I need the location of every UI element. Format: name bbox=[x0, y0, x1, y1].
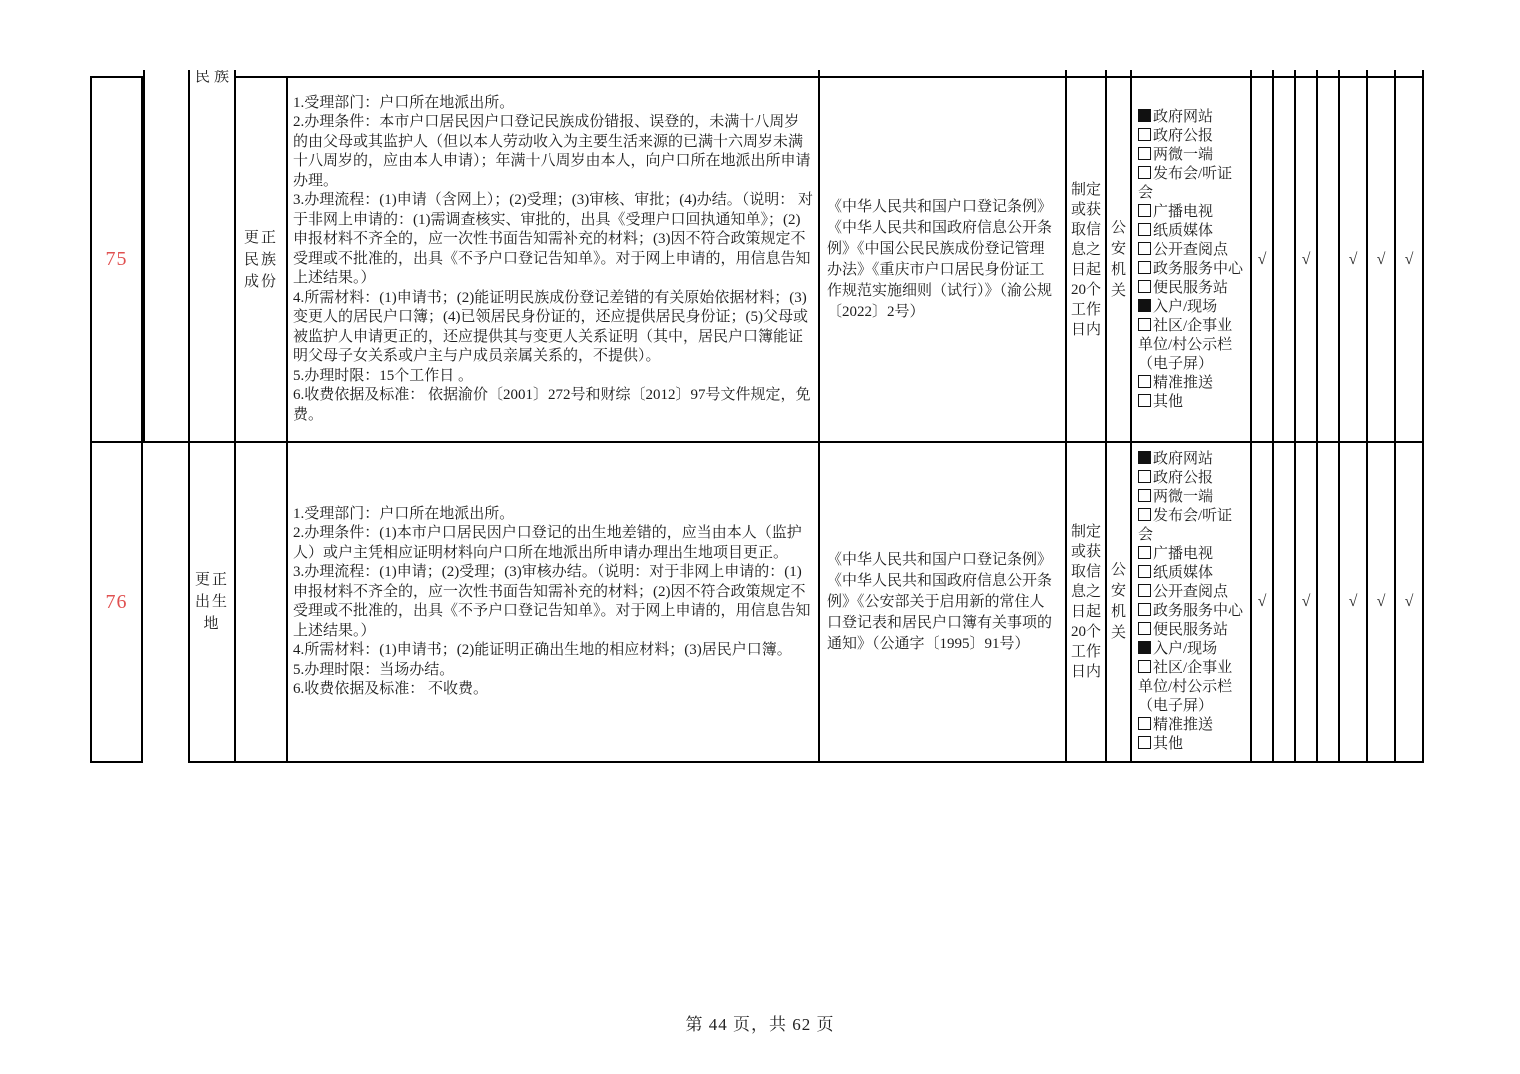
partial-cell-mark bbox=[1318, 70, 1340, 78]
channel-item: 社区/企事业单位/村公示栏（电子屏） bbox=[1138, 659, 1244, 716]
checkbox-unchecked-icon bbox=[1138, 147, 1151, 160]
channel-label: 发布会/听证会 bbox=[1138, 166, 1232, 201]
partial-cell-mark bbox=[1368, 70, 1396, 78]
channel-item: 两微一端 bbox=[1138, 488, 1244, 507]
channel-item: 入户/现场 bbox=[1138, 640, 1244, 659]
checkbox-unchecked-icon bbox=[1138, 736, 1151, 749]
check-mark: √ bbox=[1258, 593, 1267, 611]
partial-cell-channels bbox=[1132, 70, 1252, 78]
disclosure-items-table: 民族 75 更正民族成份 1.受理部门：户口所在地派出所。 2.办理条件：本市户… bbox=[90, 70, 1424, 763]
row-76-legal-basis-cell: 《中华人民共和国户口登记条例》《中华人民共和国政府信息公开条例》《公安部关于启用… bbox=[820, 443, 1067, 763]
partial-cell-description bbox=[288, 70, 820, 78]
channel-item: 精准推送 bbox=[1138, 374, 1244, 393]
row-75-mark-cell bbox=[1274, 78, 1296, 443]
partial-cell-agency bbox=[1107, 70, 1132, 78]
row-number: 76 bbox=[106, 591, 128, 614]
partial-cell-mark bbox=[1340, 70, 1368, 78]
row-75-agency-cell: 公安机关 bbox=[1107, 78, 1132, 443]
time-limit-text: 制定或获取信息之日起20个工作日内 bbox=[1067, 522, 1105, 682]
channel-item: 政务服务中心 bbox=[1138, 602, 1244, 621]
checkbox-checked-icon bbox=[1138, 299, 1151, 312]
check-mark: √ bbox=[1302, 251, 1311, 269]
row-76-item-cell: 更正出生地 bbox=[190, 443, 236, 763]
channel-label: 入户/现场 bbox=[1153, 641, 1217, 657]
partial-cell-mark bbox=[1274, 70, 1296, 78]
channel-label: 两微一端 bbox=[1153, 489, 1213, 505]
row-75-mark-cell: √ bbox=[1296, 78, 1318, 443]
channel-item: 其他 bbox=[1138, 393, 1244, 412]
checkbox-checked-icon bbox=[1138, 109, 1151, 122]
channel-item: 公开查阅点 bbox=[1138, 583, 1244, 602]
checkbox-unchecked-icon bbox=[1138, 166, 1151, 179]
row-76-number-cell: 76 bbox=[90, 443, 143, 763]
channel-list: 政府网站政府公报两微一端发布会/听证会广播电视纸质媒体公开查阅点政务服务中心便民… bbox=[1132, 108, 1250, 412]
row-76-mark-cell bbox=[1318, 443, 1340, 763]
agency-text: 公安机关 bbox=[1107, 218, 1130, 302]
channel-label: 公开查阅点 bbox=[1153, 242, 1228, 258]
time-limit-text: 制定或获取信息之日起20个工作日内 bbox=[1067, 180, 1105, 340]
check-mark: √ bbox=[1405, 593, 1414, 611]
partial-cell-mark bbox=[1396, 70, 1424, 78]
check-mark: √ bbox=[1258, 251, 1267, 269]
channel-item: 其他 bbox=[1138, 735, 1244, 754]
channel-label: 两微一端 bbox=[1153, 147, 1213, 163]
channel-item: 纸质媒体 bbox=[1138, 222, 1244, 241]
channel-item: 广播电视 bbox=[1138, 545, 1244, 564]
channel-label: 纸质媒体 bbox=[1153, 223, 1213, 239]
legal-basis-text: 《中华人民共和国户口登记条例》《中华人民共和国政府信息公开条例》《公安部关于启用… bbox=[820, 550, 1065, 655]
row-76-channels-cell: 政府网站政府公报两微一端发布会/听证会广播电视纸质媒体公开查阅点政务服务中心便民… bbox=[1132, 443, 1252, 763]
clipped-category-fragment: 民族 bbox=[190, 70, 234, 86]
check-mark: √ bbox=[1377, 251, 1386, 269]
checkbox-unchecked-icon bbox=[1138, 470, 1151, 483]
checkbox-unchecked-icon bbox=[1138, 622, 1151, 635]
checkbox-unchecked-icon bbox=[1138, 565, 1151, 578]
channel-item: 便民服务站 bbox=[1138, 621, 1244, 640]
channel-label: 社区/企事业单位/村公示栏（电子屏） bbox=[1138, 660, 1232, 714]
page-footer: 第 44 页，共 62 页 bbox=[0, 1010, 1520, 1035]
partial-cell-item bbox=[236, 70, 288, 78]
row-76-mark-cell: √ bbox=[1252, 443, 1274, 763]
checkbox-unchecked-icon bbox=[1138, 489, 1151, 502]
channel-label: 广播电视 bbox=[1153, 204, 1213, 220]
channel-item: 便民服务站 bbox=[1138, 279, 1244, 298]
channel-item: 政府网站 bbox=[1138, 450, 1244, 469]
checkbox-unchecked-icon bbox=[1138, 717, 1151, 730]
channel-label: 政府网站 bbox=[1153, 109, 1213, 125]
row-76-time-limit-cell: 制定或获取信息之日起20个工作日内 bbox=[1067, 443, 1107, 763]
row-76-agency-cell: 公安机关 bbox=[1107, 443, 1132, 763]
checkbox-unchecked-icon bbox=[1138, 128, 1151, 141]
checkbox-unchecked-icon bbox=[1138, 223, 1151, 236]
channel-item: 公开查阅点 bbox=[1138, 241, 1244, 260]
procedure-description: 1.受理部门：户口所在地派出所。 2.办理条件：本市户口居民因户口登记民族成份错… bbox=[288, 92, 818, 428]
partial-cell-mark bbox=[1296, 70, 1318, 78]
channel-label: 发布会/听证会 bbox=[1138, 508, 1232, 543]
channel-item: 政府公报 bbox=[1138, 469, 1244, 488]
checkbox-unchecked-icon bbox=[1138, 508, 1151, 521]
channel-item: 入户/现场 bbox=[1138, 298, 1244, 317]
checkbox-unchecked-icon bbox=[1138, 204, 1151, 217]
partial-cell-no bbox=[90, 70, 143, 78]
check-mark: √ bbox=[1302, 593, 1311, 611]
channel-label: 便民服务站 bbox=[1153, 622, 1228, 638]
checkbox-unchecked-icon bbox=[1138, 242, 1151, 255]
row-75-mark-cell: √ bbox=[1340, 78, 1368, 443]
channel-label: 纸质媒体 bbox=[1153, 565, 1213, 581]
channel-item: 两微一端 bbox=[1138, 146, 1244, 165]
item-name: 更正出生地 bbox=[190, 569, 234, 635]
check-mark: √ bbox=[1405, 251, 1414, 269]
checkbox-unchecked-icon bbox=[1138, 375, 1151, 388]
row-76-mark-cell: √ bbox=[1296, 443, 1318, 763]
channel-label: 其他 bbox=[1153, 736, 1183, 752]
channel-label: 精准推送 bbox=[1153, 375, 1213, 391]
checkbox-unchecked-icon bbox=[1138, 280, 1151, 293]
channel-item: 政府网站 bbox=[1138, 108, 1244, 127]
row-76-mark-cell: √ bbox=[1340, 443, 1368, 763]
checkbox-unchecked-icon bbox=[1138, 394, 1151, 407]
row-76-mark-cell: √ bbox=[1396, 443, 1424, 763]
channel-item: 精准推送 bbox=[1138, 716, 1244, 735]
channel-list: 政府网站政府公报两微一端发布会/听证会广播电视纸质媒体公开查阅点政务服务中心便民… bbox=[1132, 450, 1250, 754]
channel-label: 社区/企事业单位/村公示栏（电子屏） bbox=[1138, 318, 1232, 372]
checkbox-unchecked-icon bbox=[1138, 261, 1151, 274]
check-mark: √ bbox=[1349, 251, 1358, 269]
row-number: 75 bbox=[106, 248, 128, 271]
channel-label: 入户/现场 bbox=[1153, 299, 1217, 315]
checkbox-unchecked-icon bbox=[1138, 584, 1151, 597]
checkbox-unchecked-icon bbox=[1138, 603, 1151, 616]
partial-cell-time bbox=[1067, 70, 1107, 78]
checkbox-unchecked-icon bbox=[1138, 546, 1151, 559]
channel-item: 政府公报 bbox=[1138, 127, 1244, 146]
channel-label: 政府公报 bbox=[1153, 470, 1213, 486]
row-75-mark-cell: √ bbox=[1252, 78, 1274, 443]
channel-label: 政务服务中心 bbox=[1153, 603, 1243, 619]
channel-item: 社区/企事业单位/村公示栏（电子屏） bbox=[1138, 317, 1244, 374]
row-76-description-cell: 1.受理部门：户口所在地派出所。 2.办理条件：(1)本市户口居民因户口登记的出… bbox=[288, 443, 820, 763]
channel-label: 政务服务中心 bbox=[1153, 261, 1243, 277]
channel-item: 政务服务中心 bbox=[1138, 260, 1244, 279]
agency-text: 公安机关 bbox=[1107, 560, 1130, 644]
partial-cell-mark bbox=[1252, 70, 1274, 78]
row-75-description-cell: 1.受理部门：户口所在地派出所。 2.办理条件：本市户口居民因户口登记民族成份错… bbox=[288, 78, 820, 443]
merged-category-cell bbox=[143, 70, 190, 443]
merged-subcategory-cell: 民族 bbox=[190, 70, 236, 443]
row-76-mark-cell bbox=[1274, 443, 1296, 763]
channel-label: 广播电视 bbox=[1153, 546, 1213, 562]
row-75-mark-cell: √ bbox=[1368, 78, 1396, 443]
channel-item: 发布会/听证会 bbox=[1138, 165, 1244, 203]
check-mark: √ bbox=[1377, 593, 1386, 611]
row-75-number-cell: 75 bbox=[90, 78, 143, 443]
row-75-mark-cell: √ bbox=[1396, 78, 1424, 443]
checkbox-checked-icon bbox=[1138, 641, 1151, 654]
checkbox-unchecked-icon bbox=[1138, 318, 1151, 331]
row-76-mark-cell: √ bbox=[1368, 443, 1396, 763]
procedure-description: 1.受理部门：户口所在地派出所。 2.办理条件：(1)本市户口居民因户口登记的出… bbox=[288, 503, 818, 702]
checkbox-checked-icon bbox=[1138, 451, 1151, 464]
row-75-mark-cell bbox=[1318, 78, 1340, 443]
row-75-legal-basis-cell: 《中华人民共和国户口登记条例》《中华人民共和国政府信息公开条例》《中国公民民族成… bbox=[820, 78, 1067, 443]
channel-label: 政府公报 bbox=[1153, 128, 1213, 144]
row-76-category-cell bbox=[143, 443, 190, 763]
item-name: 更正民族成份 bbox=[236, 227, 286, 293]
check-mark: √ bbox=[1349, 593, 1358, 611]
checkbox-unchecked-icon bbox=[1138, 660, 1151, 673]
row-75-time-limit-cell: 制定或获取信息之日起20个工作日内 bbox=[1067, 78, 1107, 443]
channel-label: 公开查阅点 bbox=[1153, 584, 1228, 600]
channel-label: 其他 bbox=[1153, 394, 1183, 410]
channel-label: 政府网站 bbox=[1153, 451, 1213, 467]
partial-cell-legal bbox=[820, 70, 1067, 78]
row-75-item-cell: 更正民族成份 bbox=[236, 78, 288, 443]
channel-item: 发布会/听证会 bbox=[1138, 507, 1244, 545]
channel-label: 精准推送 bbox=[1153, 717, 1213, 733]
row-76-subitem-cell bbox=[236, 443, 288, 763]
channel-label: 便民服务站 bbox=[1153, 280, 1228, 296]
row-75-channels-cell: 政府网站政府公报两微一端发布会/听证会广播电视纸质媒体公开查阅点政务服务中心便民… bbox=[1132, 78, 1252, 443]
legal-basis-text: 《中华人民共和国户口登记条例》《中华人民共和国政府信息公开条例》《中国公民民族成… bbox=[820, 197, 1065, 323]
channel-item: 广播电视 bbox=[1138, 203, 1244, 222]
channel-item: 纸质媒体 bbox=[1138, 564, 1244, 583]
